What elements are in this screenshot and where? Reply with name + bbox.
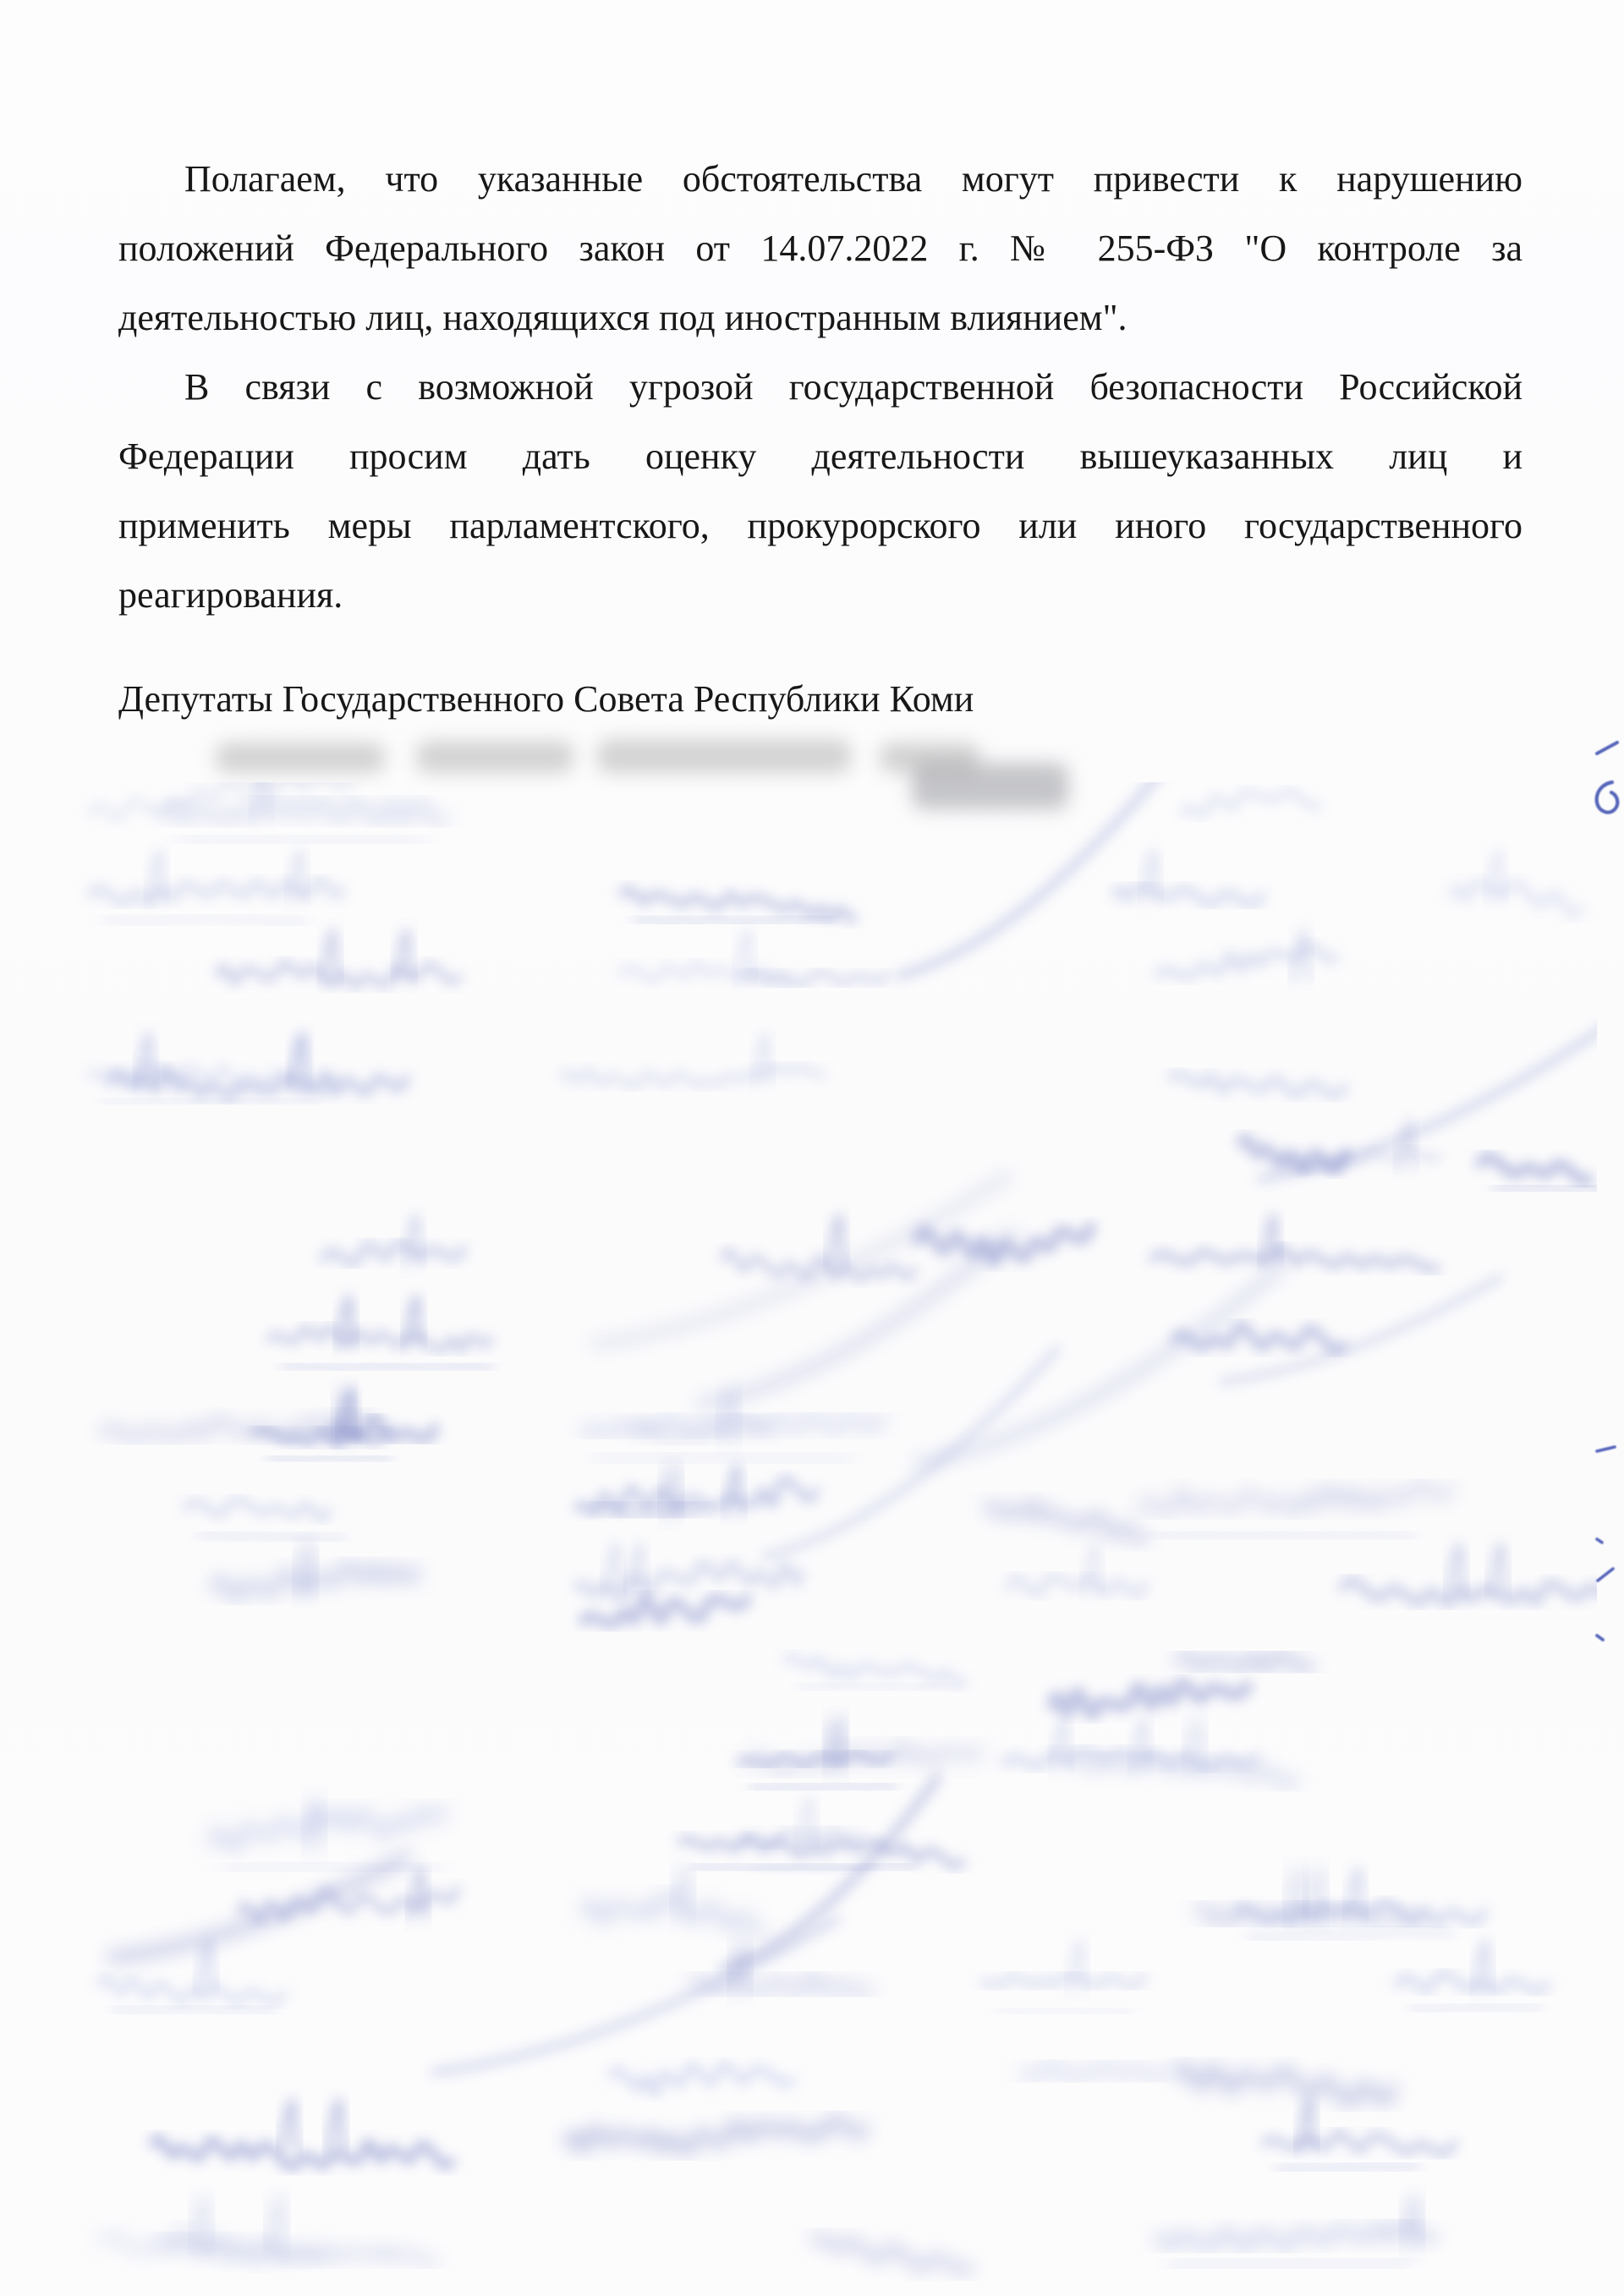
body-line: Федерации просим дать оценку деятельност… — [118, 422, 1522, 491]
letter-body: Полагаем, что указанные обстоятельства м… — [118, 145, 1522, 630]
redacted-text-smudge — [912, 763, 1068, 809]
redacted-text-smudge — [597, 739, 851, 773]
body-line: деятельностью лиц, находящихся под иност… — [118, 283, 1522, 353]
edge-ink-marks — [1597, 743, 1618, 1640]
signatories-heading: Депутаты Государственного Совета Республ… — [118, 665, 974, 734]
body-line: применить меры парламентского, прокурорс… — [118, 491, 1522, 561]
body-line: В связи с возможной угрозой государствен… — [118, 353, 1522, 422]
body-line: Полагаем, что указанные обстоятельства м… — [118, 145, 1522, 214]
redacted-text-smudge — [216, 743, 385, 773]
body-line: реагирования. — [118, 561, 1522, 630]
body-line: положений Федерального закон от 14.07.20… — [118, 214, 1522, 283]
redacted-text-smudge — [416, 741, 573, 773]
scanned-letter-page: Полагаем, что указанные обстоятельства м… — [0, 0, 1624, 2296]
